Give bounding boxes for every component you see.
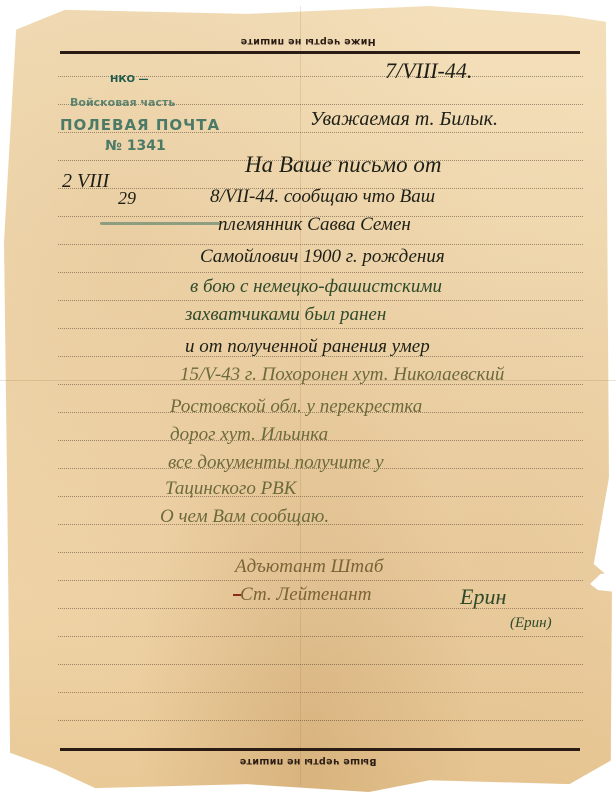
ruled-line bbox=[58, 300, 583, 301]
ruled-line bbox=[58, 496, 583, 497]
body-line: все документы получите у bbox=[168, 452, 384, 474]
ruled-line bbox=[58, 328, 583, 329]
signature-rank: Ст. Лейтенант bbox=[240, 584, 371, 606]
ruled-line bbox=[58, 636, 583, 637]
body-line: дорог хут. Ильинка bbox=[170, 424, 328, 446]
ruled-line bbox=[58, 692, 583, 693]
ruled-line bbox=[58, 580, 583, 581]
signature-title: Адъютант Штаб bbox=[235, 556, 383, 578]
body-line: На Ваше письмо от bbox=[245, 152, 441, 178]
body-line: племянник Савва Семен bbox=[218, 214, 411, 236]
stamp-line-unit: Войсковая часть bbox=[70, 96, 175, 109]
addressee-line: Уважаемая т. Билык. bbox=[310, 108, 498, 131]
ruled-line bbox=[58, 720, 583, 721]
printed-rule-bottom bbox=[60, 748, 580, 751]
body-line: в бою с немецко-фашистскими bbox=[190, 276, 442, 298]
signer-name: (Ерин) bbox=[510, 615, 552, 632]
body-line: 15/V-43 г. Похоронен хут. Николаевский bbox=[180, 364, 504, 386]
body-line: О чем Вам сообщаю. bbox=[160, 506, 329, 528]
ruled-line bbox=[58, 552, 583, 553]
ruled-line bbox=[58, 664, 583, 665]
printed-note-top: Ниже черты не пишите bbox=[0, 36, 616, 47]
stamp-line-field-post: ПОЛЕВАЯ ПОЧТА bbox=[60, 116, 220, 134]
printed-note-bottom: Выше черты не пишите bbox=[0, 756, 616, 767]
printed-rule-top bbox=[60, 51, 580, 54]
stamp-line-nko: НКО — bbox=[110, 74, 149, 85]
body-line: и от полученной ранения умер bbox=[185, 336, 430, 358]
ruled-line bbox=[58, 244, 583, 245]
letter-date: 7/VIII-44. bbox=[385, 58, 472, 84]
stamp-handwritten-date: 2 VIII bbox=[62, 170, 109, 193]
stamp-handwritten-day: 29 bbox=[118, 188, 136, 209]
stamp-underline bbox=[100, 222, 220, 225]
body-line: захватчиками был ранен bbox=[185, 304, 386, 326]
stamp-line-number: № 1341 bbox=[105, 138, 166, 154]
body-line: Тацинского РВК bbox=[165, 478, 296, 500]
signature-mark: Ерин bbox=[460, 584, 506, 610]
body-line: Ростовской обл. у перекрестка bbox=[170, 396, 422, 418]
ruled-line bbox=[58, 272, 583, 273]
body-line: Самойлович 1900 г. рождения bbox=[200, 246, 445, 268]
body-line: 8/VII-44. сообщаю что Ваш bbox=[210, 186, 435, 208]
